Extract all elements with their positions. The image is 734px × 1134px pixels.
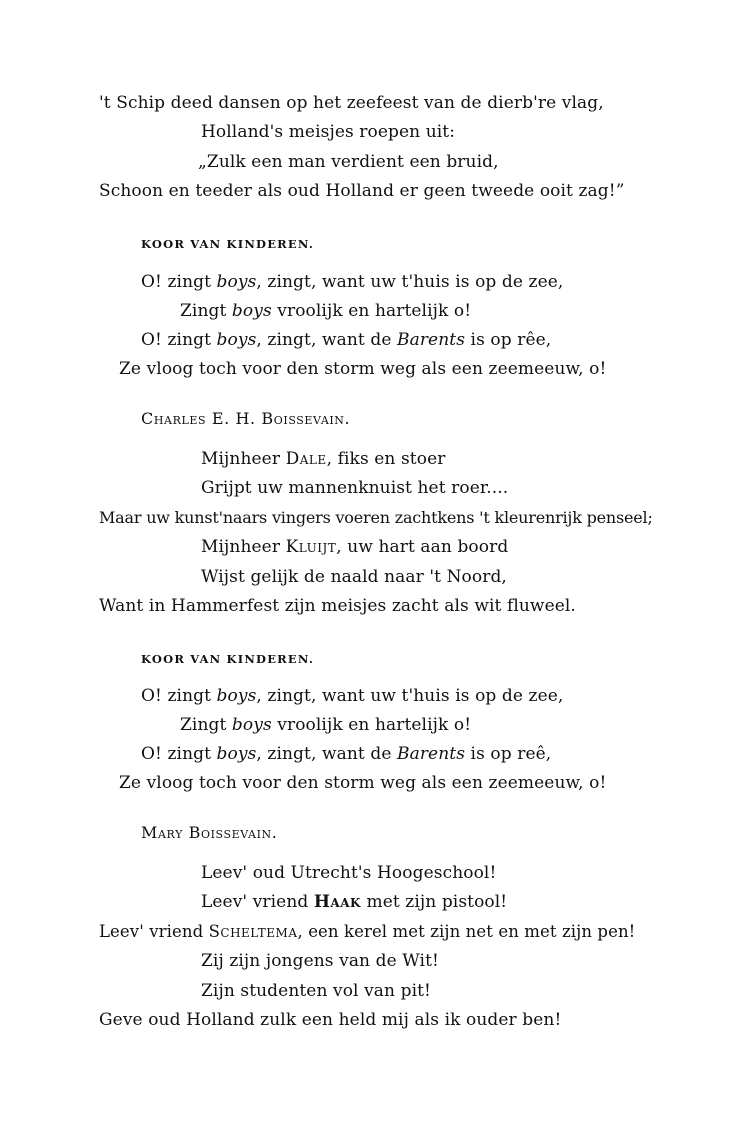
verse-line: 't Schip deed dansen op het zeefeest van…	[99, 93, 604, 113]
text: Zingt	[180, 715, 232, 735]
italic-text: boys	[232, 715, 272, 735]
smallcaps-name: Scheltema	[209, 922, 298, 941]
speaker-heading: KOOR VAN KINDEREN.	[141, 236, 314, 252]
verse-line: „Zulk een man verdient een bruid,	[198, 152, 499, 172]
text: Mijnheer	[201, 537, 286, 557]
text: , zingt, want de	[256, 330, 397, 350]
verse-line: Mijnheer Dale, fiks en stoer	[201, 449, 445, 469]
italic-text: boys	[217, 744, 257, 764]
italic-text: boys	[217, 330, 257, 350]
text: , zingt, want uw t'huis is op de zee,	[256, 272, 563, 292]
verse-line: Leev' vriend Scheltema, een kerel met zi…	[99, 922, 635, 942]
speaker-heading: Mary Boissevain.	[141, 823, 277, 843]
text: vroolijk en hartelijk o!	[272, 715, 471, 735]
smallcaps-name: Dale	[286, 449, 327, 469]
italic-text: boys	[217, 272, 257, 292]
text: Leev' vriend	[99, 922, 209, 941]
verse-line: Zingt boys vroolijk en hartelijk o!	[180, 301, 471, 321]
text: , zingt, want uw t'huis is op de zee,	[256, 686, 563, 706]
verse-line: Zingt boys vroolijk en hartelijk o!	[180, 715, 471, 735]
verse-line: Schoon en teeder als oud Holland er geen…	[99, 181, 625, 201]
smallcaps-name: Kluijt	[286, 537, 337, 557]
text: O! zingt	[141, 744, 217, 764]
verse-line: O! zingt boys, zingt, want uw t'huis is …	[141, 686, 563, 706]
text: Mijnheer	[201, 449, 286, 469]
verse-line: Ze vloog toch voor den storm weg als een…	[119, 359, 606, 379]
verse-line: Leev' vriend Haak met zijn pistool!	[201, 892, 507, 912]
smallcaps-name: Haak	[314, 892, 361, 912]
verse-line: Zij zijn jongens van de Wit!	[201, 951, 439, 971]
italic-text: boys	[217, 686, 257, 706]
speaker-heading: Charles E. H. Boissevain.	[141, 409, 350, 429]
verse-line: Holland's meisjes roepen uit:	[201, 122, 455, 142]
text: , fiks en stoer	[327, 449, 446, 469]
speaker-heading: KOOR VAN KINDEREN.	[141, 651, 314, 667]
text: met zijn pistool!	[361, 892, 507, 912]
verse-line: Leev' oud Utrecht's Hoogeschool!	[201, 863, 496, 883]
verse-line: Wijst gelijk de naald naar 't Noord,	[201, 567, 507, 587]
text: is op reê,	[465, 744, 551, 764]
verse-line: Zijn studenten vol van pit!	[201, 981, 431, 1001]
text: , zingt, want de	[256, 744, 397, 764]
italic-text: Barents	[397, 330, 465, 350]
italic-text: boys	[232, 301, 272, 321]
verse-line: Maar uw kunst'naars vingers voeren zacht…	[99, 508, 653, 528]
text: Leev' vriend	[201, 892, 314, 912]
verse-line: O! zingt boys, zingt, want de Barents is…	[141, 744, 551, 764]
text: , een kerel met zijn net en met zijn pen…	[298, 922, 636, 941]
verse-line: Want in Hammerfest zijn meisjes zacht al…	[99, 596, 576, 616]
verse-line: O! zingt boys, zingt, want de Barents is…	[141, 330, 551, 350]
verse-line: Ze vloog toch voor den storm weg als een…	[119, 773, 606, 793]
verse-line: Geve oud Holland zulk een held mij als i…	[99, 1010, 561, 1030]
italic-text: Barents	[397, 744, 465, 764]
text: O! zingt	[141, 330, 217, 350]
verse-line: Mijnheer Kluijt, uw hart aan boord	[201, 537, 508, 557]
verse-line: Grijpt uw mannenknuist het roer....	[201, 478, 508, 498]
text: is op rêe,	[465, 330, 551, 350]
text: O! zingt	[141, 272, 217, 292]
text: vroolijk en hartelijk o!	[272, 301, 471, 321]
text: O! zingt	[141, 686, 217, 706]
text: , uw hart aan boord	[336, 537, 508, 557]
verse-line: O! zingt boys, zingt, want uw t'huis is …	[141, 272, 563, 292]
text: Zingt	[180, 301, 232, 321]
